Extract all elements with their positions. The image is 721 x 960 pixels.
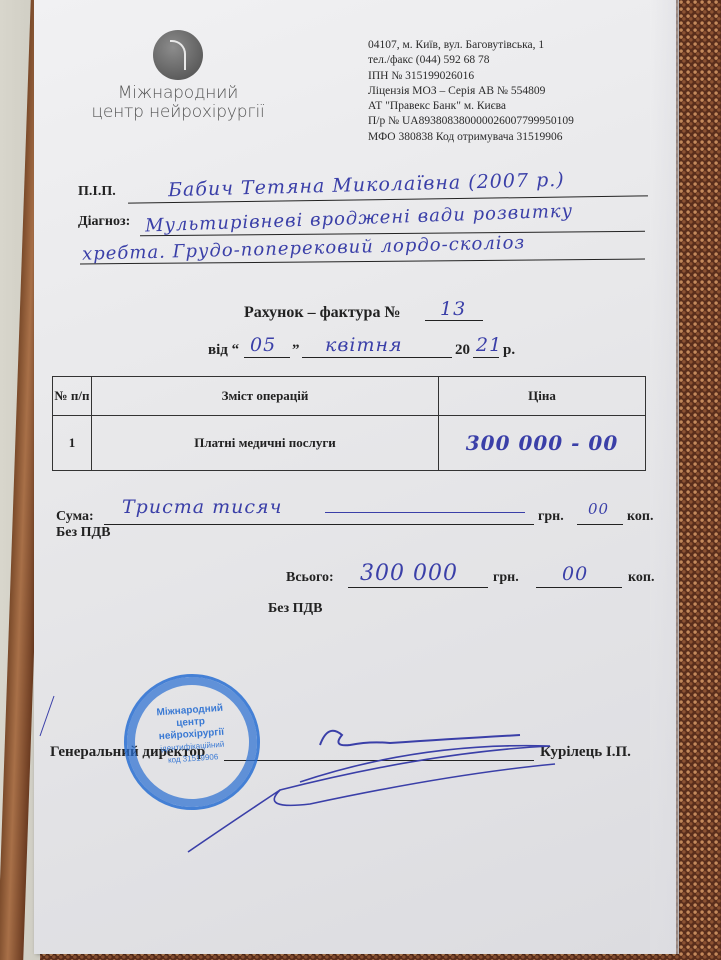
handwritten-signature: [0, 0, 721, 960]
